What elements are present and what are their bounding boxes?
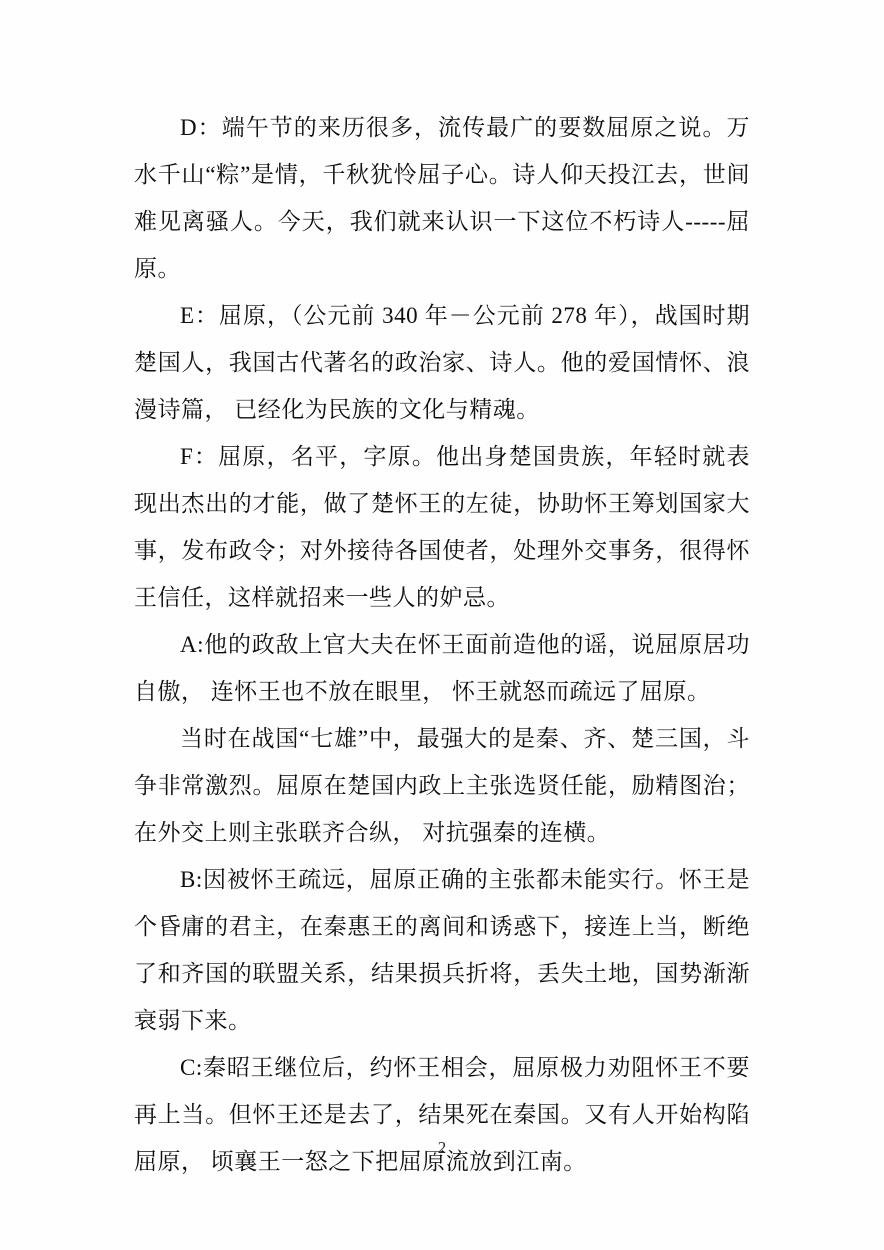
paragraph-text: 因被怀王疏远，屈原正确的主张都未能实行。怀王是个昏庸的君主，在秦惠王的离间和诱惑…: [134, 867, 750, 1033]
paragraph-text: 端午节的来历很多，流传最广的要数屈原之说。万水千山“粽”是情，千秋犹怜屈子心。诗…: [134, 115, 750, 281]
speaker-label: F：: [180, 444, 218, 469]
speaker-label: C:: [180, 1055, 203, 1080]
paragraph-b: B:因被怀王疏远，屈原正确的主张都未能实行。怀王是个昏庸的君主，在秦惠王的离间和…: [134, 856, 750, 1044]
paragraph-a: A:他的政敌上官大夫在怀王面前造他的谣，说屈原居功自傲， 连怀王也不放在眼里， …: [134, 621, 750, 715]
paragraph-c: C:秦昭王继位后，约怀王相会，屈原极力劝阻怀王不要再上当。但怀王还是去了，结果死…: [134, 1044, 750, 1185]
paragraph-text: 当时在战国“七雄”中，最强大的是秦、齐、楚三国，斗争非常激烈。屈原在楚国内政上主…: [134, 726, 750, 845]
speaker-label: E：: [180, 303, 219, 328]
paragraph-f: F：屈原，名平，字原。他出身楚国贵族，年轻时就表现出杰出的才能，做了楚怀王的左徒…: [134, 433, 750, 621]
paragraph-narration: 当时在战国“七雄”中，最强大的是秦、齐、楚三国，斗争非常激烈。屈原在楚国内政上主…: [134, 715, 750, 856]
page-number: 2: [438, 1138, 447, 1157]
paragraph-text: 屈原，名平，字原。他出身楚国贵族，年轻时就表现出杰出的才能，做了楚怀王的左徒，协…: [134, 444, 750, 610]
speaker-label: D：: [180, 115, 222, 140]
document-page: D：端午节的来历很多，流传最广的要数屈原之说。万水千山“粽”是情，千秋犹怜屈子心…: [0, 0, 884, 1250]
speaker-label: B:: [180, 867, 203, 892]
paragraph-text: 屈原，（公元前 340 年－公元前 278 年），战国时期楚国人，我国古代著名的…: [134, 303, 750, 422]
paragraph-d: D：端午节的来历很多，流传最广的要数屈原之说。万水千山“粽”是情，千秋犹怜屈子心…: [134, 104, 750, 292]
paragraph-e: E：屈原，（公元前 340 年－公元前 278 年），战国时期楚国人，我国古代著…: [134, 292, 750, 433]
page-footer: 2: [0, 1138, 884, 1158]
paragraph-text: 他的政敌上官大夫在怀王面前造他的谣，说屈原居功自傲， 连怀王也不放在眼里， 怀王…: [134, 632, 750, 704]
document-body: D：端午节的来历很多，流传最广的要数屈原之说。万水千山“粽”是情，千秋犹怜屈子心…: [134, 104, 750, 1185]
speaker-label: A:: [180, 632, 204, 657]
